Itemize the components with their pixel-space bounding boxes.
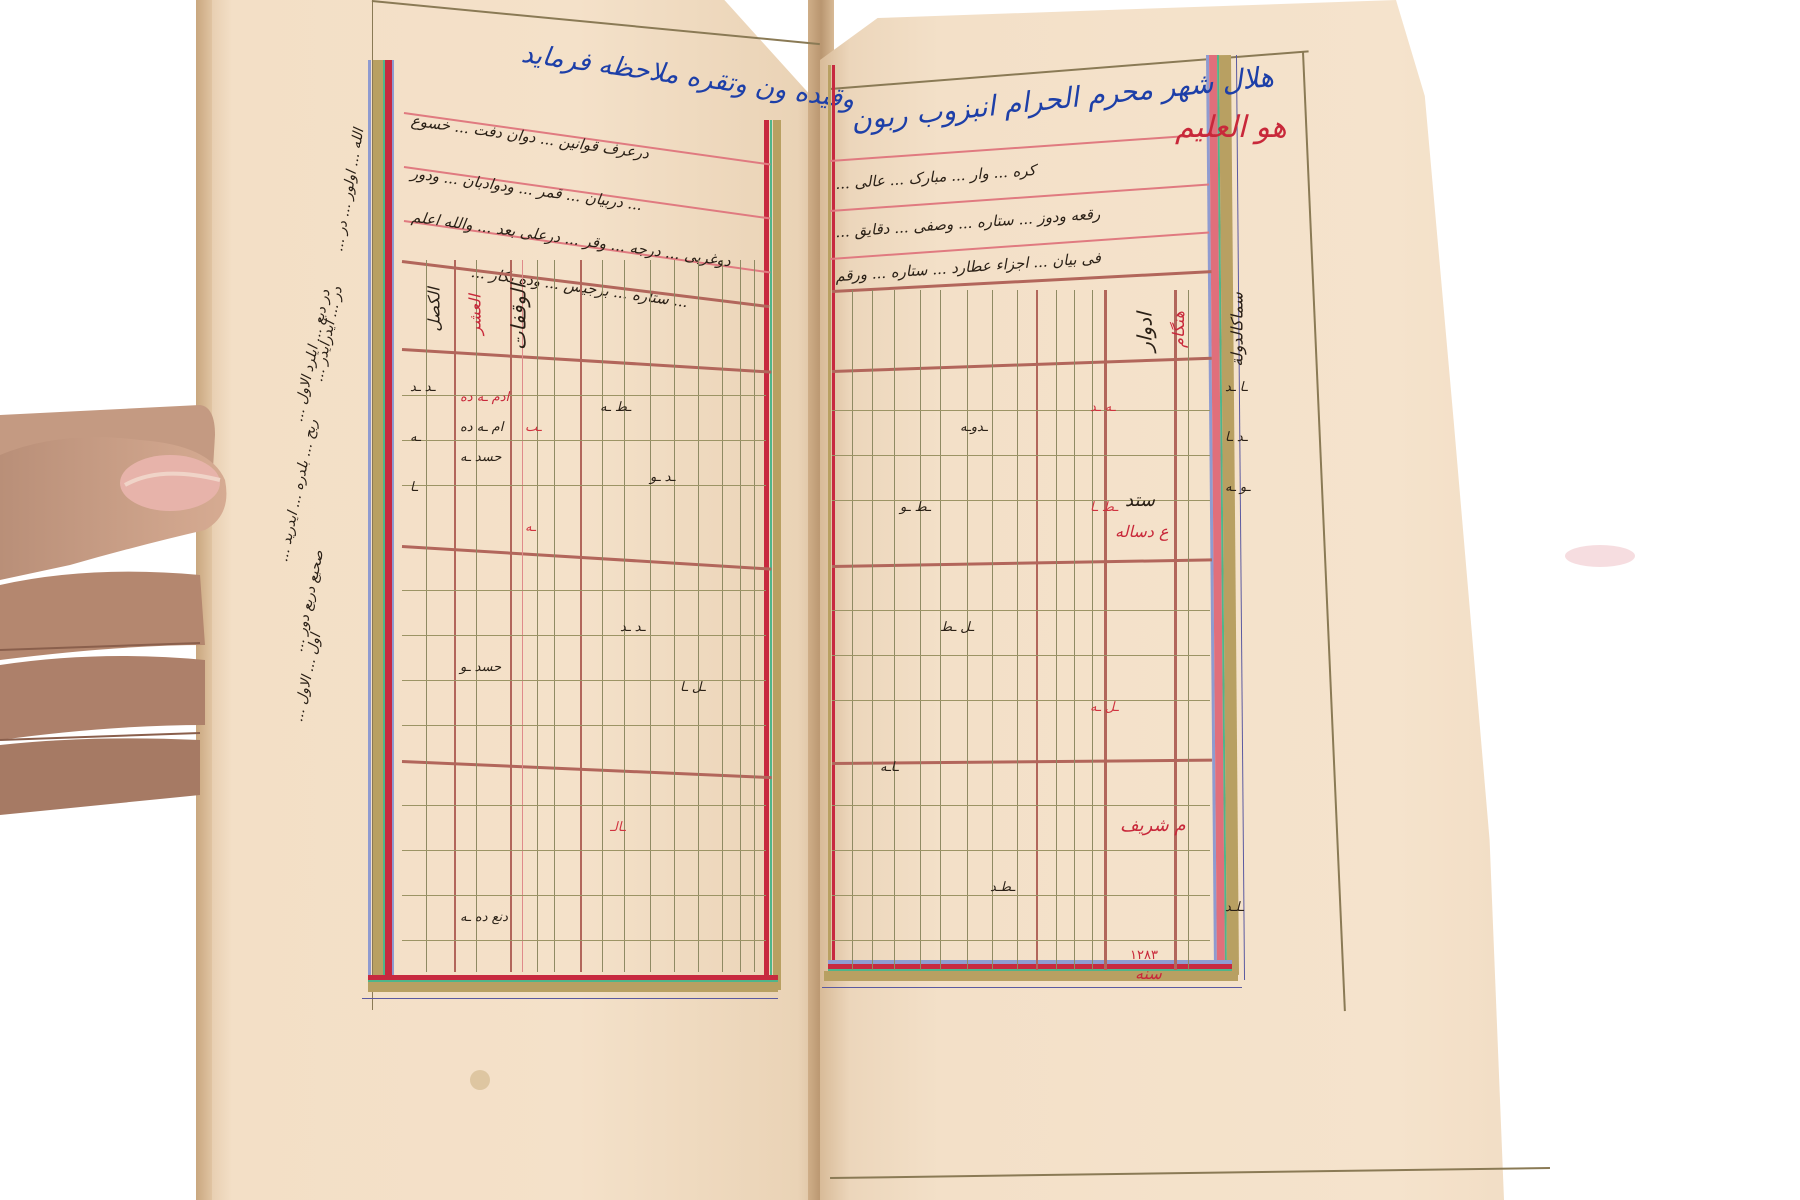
cell-mark: ـد ـا [1225, 430, 1248, 445]
ink-stain [470, 1070, 490, 1090]
cell-mark: ـط ـه [600, 400, 631, 415]
cell-mark: ـط ـا [1090, 500, 1118, 515]
open-manuscript: وقیده ون وتقره ملاحظه فرماید درعرف قوانی… [0, 0, 1800, 1200]
hand-holding-book [0, 395, 250, 815]
cell-mark: ـدوـه [960, 420, 988, 435]
red-note-3: م شریف [1120, 815, 1186, 836]
cell-mark: ـه [410, 430, 421, 445]
left-almanac-table [402, 260, 766, 972]
cell-mark: ـا ـد [1225, 380, 1248, 395]
cell-mark: دنع ده ـه [460, 910, 508, 925]
cell-mark: ـد ـد [620, 620, 645, 635]
cell-mark: حسد ـه [460, 450, 501, 465]
cell-mark: ـد ـو [650, 470, 675, 485]
cell-mark: ـٮ [525, 420, 542, 435]
cell-mark: ـل ـا [680, 680, 706, 695]
red-note-2: ع دساله [1115, 522, 1169, 541]
cell-mark: ادم ـه ده [460, 390, 509, 405]
right-col-header-3: ادوار [1133, 312, 1157, 351]
cell-mark: ـه [525, 520, 536, 535]
red-note-year: ۱۲۸۳ [1130, 948, 1158, 963]
cell-mark: ـه ـد [1090, 400, 1116, 415]
cell-mark: ـلـد [1225, 900, 1244, 915]
cell-mark: ـط ـو [900, 500, 931, 515]
cell-mark: ـطـد [990, 880, 1015, 895]
cell-mark: ـالـ [610, 820, 626, 835]
cell-mark: ـل ـط [940, 620, 974, 635]
left-col-header-3: الوقفات [506, 284, 530, 351]
right-col-header-1: سماکالدولة [1228, 292, 1247, 366]
cell-mark: ـو ـه [1225, 480, 1250, 495]
cell-mark: ـد ـد [410, 380, 435, 395]
ink-stain [1565, 545, 1635, 567]
right-col-header-2: هنگام [1169, 311, 1188, 348]
red-note-sene: سنه [1135, 964, 1162, 983]
right-almanac-table [832, 290, 1210, 970]
right-red-title: هو العلیم [1175, 110, 1287, 145]
cell-mark: ام ـه ده [460, 420, 503, 435]
left-col-header-1: الکصل [425, 287, 444, 331]
cell-mark: ـاـه [880, 760, 899, 775]
red-note-1: ستد [1125, 490, 1155, 511]
cell-mark: ـا [410, 480, 418, 495]
cell-mark: حسد ـو [460, 660, 501, 675]
cell-mark: ـل ـه [1090, 700, 1119, 715]
left-col-header-2: العشر [466, 294, 485, 334]
